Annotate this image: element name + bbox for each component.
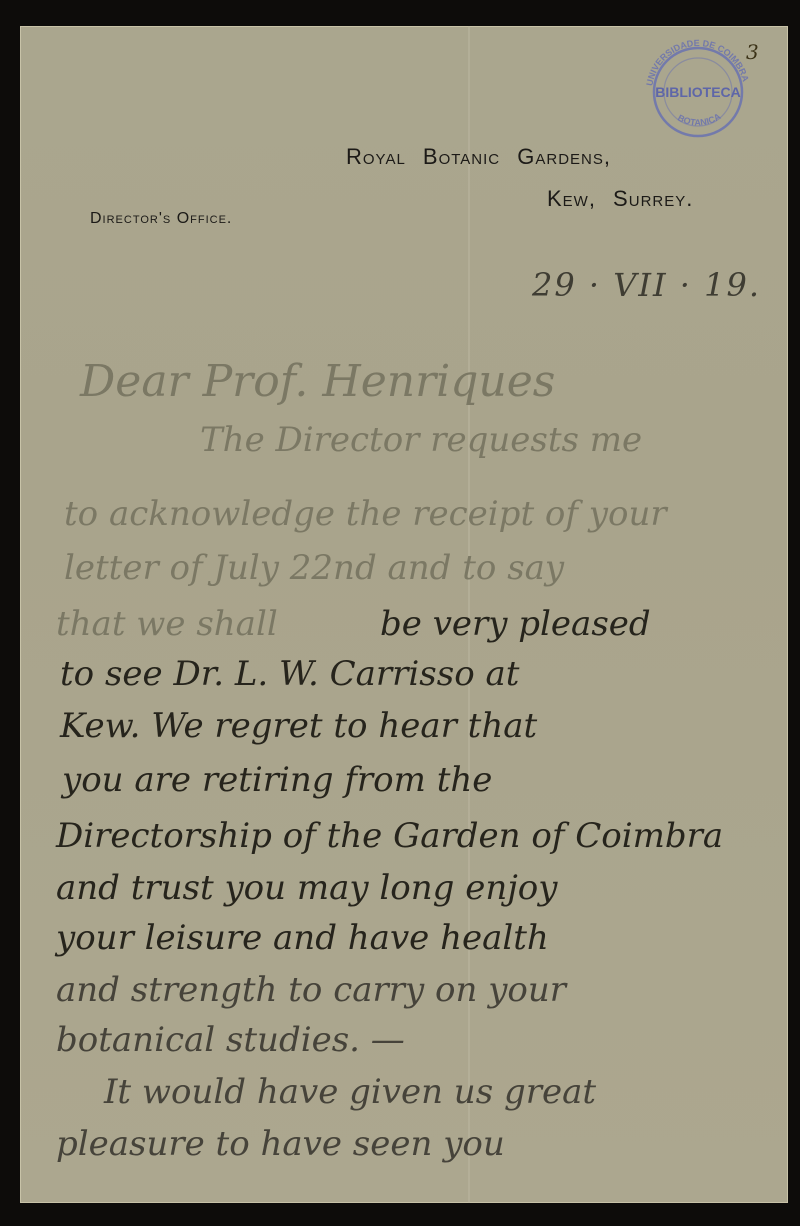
body-line: your leisure and have health <box>56 918 549 958</box>
body-line: you are retiring from the <box>62 760 492 800</box>
salutation: Dear Prof. Henriques <box>80 356 555 407</box>
stamp-seal-icon: UNIVERSIDADE DE COIMBRA BOTANICA BIBLIOT… <box>634 28 762 156</box>
letterhead-office: Director's Office. <box>90 210 232 228</box>
body-line: The Director requests me <box>200 420 642 460</box>
body-line: and strength to carry on your <box>56 970 566 1010</box>
body-line: letter of July 22nd and to say <box>64 548 564 588</box>
body-line: to see Dr. L. W. Carrisso at <box>60 654 519 694</box>
letter-date: 29 · VII · 19. <box>532 266 761 304</box>
page-number: 3 <box>746 40 759 64</box>
body-line: botanical studies. — <box>56 1020 405 1060</box>
body-line: that we shall <box>56 604 278 644</box>
body-line: and trust you may long enjoy <box>56 868 557 908</box>
body-line: It would have given us great <box>104 1072 596 1112</box>
letterhead-location: Kew, Surrey. <box>547 186 693 212</box>
library-stamp: UNIVERSIDADE DE COIMBRA BOTANICA BIBLIOT… <box>634 28 762 156</box>
body-line: pleasure to have seen you <box>56 1124 505 1164</box>
svg-text:BOTANICA: BOTANICA <box>676 111 723 128</box>
letterhead-institution: Royal Botanic Gardens, <box>346 144 611 170</box>
svg-text:UNIVERSIDADE DE COIMBRA: UNIVERSIDADE DE COIMBRA <box>644 38 750 87</box>
body-line: Directorship of the Garden of Coimbra <box>56 816 723 856</box>
letter-sheet: UNIVERSIDADE DE COIMBRA BOTANICA BIBLIOT… <box>20 26 788 1203</box>
body-line: Kew. We regret to hear that <box>60 706 537 746</box>
body-line: be very pleased <box>380 604 651 644</box>
svg-text:BIBLIOTECA: BIBLIOTECA <box>655 84 741 100</box>
body-line: to acknowledge the receipt of your <box>64 494 667 534</box>
